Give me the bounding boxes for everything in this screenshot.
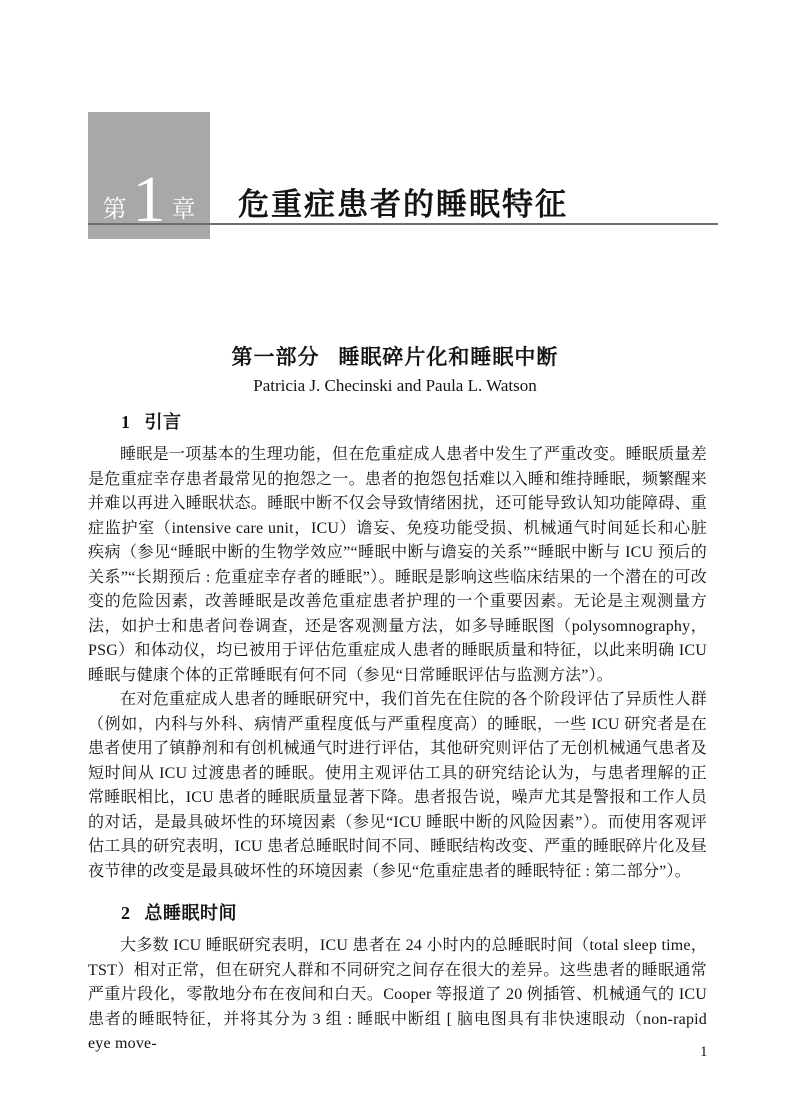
authors-line: Patricia J. Checinski and Paula L. Watso… <box>0 376 790 396</box>
chapter-suffix: 章 <box>172 198 196 222</box>
section-title: 引言 <box>145 412 182 432</box>
paragraph: 睡眠是一项基本的生理功能，但在危重症成人患者中发生了严重改变。睡眠质量差是危重症… <box>88 443 707 688</box>
section-number: 1 <box>121 412 131 432</box>
book-page: 第 1 章 危重症患者的睡眠特征 第一部分睡眠碎片化和睡眠中断 Patricia… <box>0 0 790 1098</box>
part-title: 睡眠碎片化和睡眠中断 <box>338 346 558 369</box>
part-label: 第一部分 <box>232 346 320 369</box>
body-content: 1引言 睡眠是一项基本的生理功能，但在危重症成人患者中发生了严重改变。睡眠质量差… <box>88 408 707 1057</box>
section-title: 总睡眠时间 <box>145 903 238 923</box>
section-heading-total-sleep-time: 2总睡眠时间 <box>121 899 707 925</box>
chapter-number: 1 <box>133 173 166 227</box>
chapter-prefix: 第 <box>103 198 127 222</box>
part-heading: 第一部分睡眠碎片化和睡眠中断 <box>0 341 790 371</box>
section-heading-introduction: 1引言 <box>121 408 707 434</box>
chapter-title: 危重症患者的睡眠特征 <box>238 179 568 224</box>
section-number: 2 <box>121 903 131 923</box>
paragraph: 在对危重症成人患者的睡眠研究中，我们首先在住院的各个阶段评估了异质性人群（例如，… <box>88 688 707 884</box>
page-number: 1 <box>700 1044 708 1061</box>
paragraph: 大多数 ICU 睡眠研究表明，ICU 患者在 24 小时内的总睡眠时间（tota… <box>88 934 707 1057</box>
chapter-number-box: 第 1 章 <box>88 112 210 239</box>
